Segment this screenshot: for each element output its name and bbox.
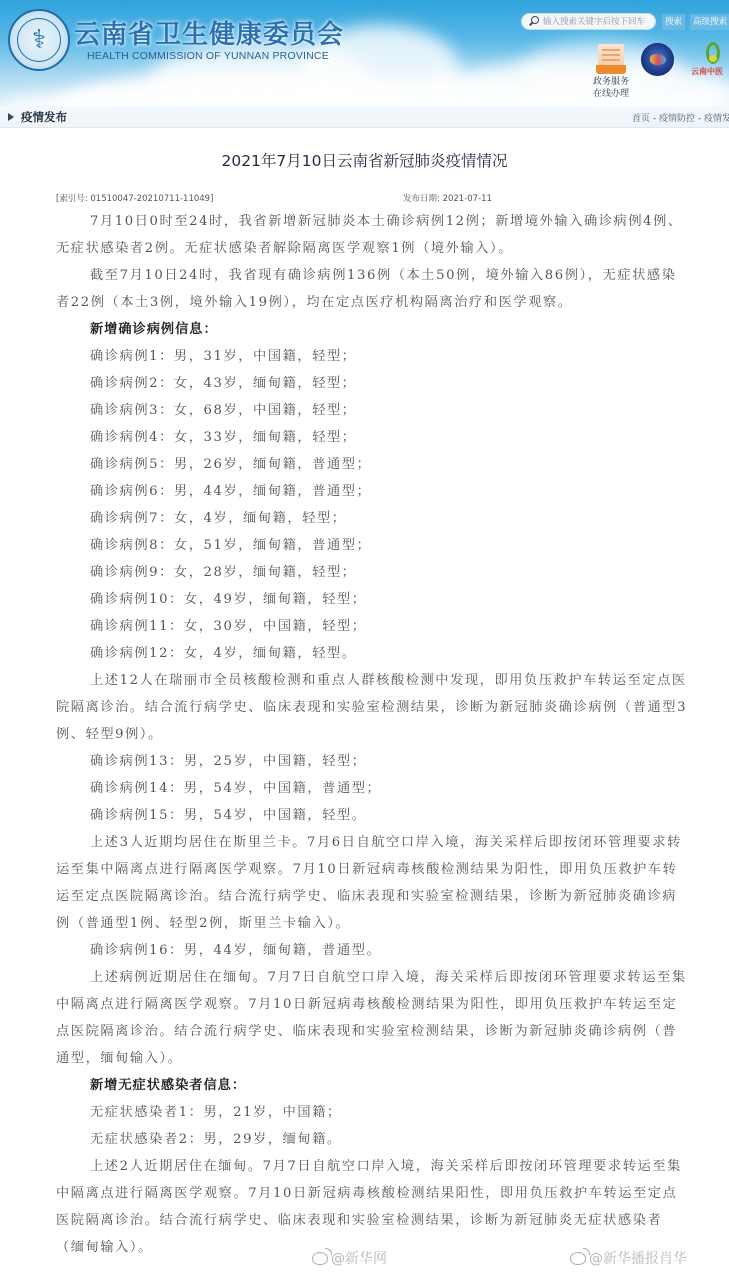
caduceus-icon: ⚕ (17, 18, 61, 62)
case-item: 确诊病例14：男，54岁，中国籍，普通型； (56, 775, 688, 802)
paragraph-ruili-cases: 上述12人在瑞丽市全员核酸检测和重点人群核酸检测中发现，即用负压救护车转运至定点… (56, 667, 688, 748)
case-item: 确诊病例5：男，26岁，缅甸籍，普通型； (56, 451, 688, 478)
service-label-line1: 政务服务 (588, 76, 634, 88)
health-commission-emblem-logo[interactable]: ⚕ (8, 9, 70, 71)
triangle-right-icon (8, 113, 14, 121)
service-inbox-icon (598, 44, 624, 70)
paragraph-asymptomatic-details: 上述2人近期居住在缅甸。7月7日自航空口岸入境，海关采样后即按闭环管理要求转运至… (56, 1153, 688, 1261)
online-service-link[interactable]: 政务服务 在线办理 (588, 44, 634, 100)
partner-circle-logo-icon[interactable] (641, 43, 674, 76)
case-item: 确诊病例9：女，28岁，缅甸籍，轻型； (56, 559, 688, 586)
case-item: 确诊病例16：男，44岁，缅甸籍，普通型。 (56, 937, 688, 964)
search-icon (528, 16, 539, 27)
watermark-xinhua: @新华网 (312, 1248, 387, 1268)
heading-new-confirmed: 新增确诊病例信息： (56, 316, 688, 343)
watermark-text: @新华播报肖华 (589, 1248, 687, 1268)
yunnan-tcm-logo-text: 云南中医 (691, 66, 723, 77)
search-button[interactable]: 搜索 (662, 14, 685, 30)
watermark-text: @新华网 (331, 1248, 387, 1268)
case-item: 确诊病例10：女，49岁，缅甸籍，轻型； (56, 586, 688, 613)
paragraph-srilanka-cases: 上述3人近期均居住在斯里兰卡。7月6日自航空口岸入境，海关采样后即按闭环管理要求… (56, 829, 688, 937)
weibo-icon (570, 1252, 586, 1265)
case-item: 确诊病例1：男，31岁，中国籍，轻型； (56, 343, 688, 370)
paragraph-daily-summary: 7月10日0时至24时，我省新增新冠肺炎本土确诊病例12例；新增境外输入确诊病例… (56, 208, 688, 262)
case-item: 确诊病例6：男，44岁，缅甸籍，普通型； (56, 478, 688, 505)
logo-dot (709, 55, 717, 62)
case-item: 确诊病例12：女，4岁，缅甸籍，轻型。 (56, 640, 688, 667)
paragraph-myanmar-case: 上述病例近期居住在缅甸。7月7日自航空口岸入境，海关采样后即按闭环管理要求转运至… (56, 964, 688, 1072)
asymptomatic-item: 无症状感染者1：男，21岁，中国籍； (56, 1099, 688, 1126)
case-item: 确诊病例2：女，43岁，缅甸籍，轻型； (56, 370, 688, 397)
case-item: 确诊病例4：女，33岁，缅甸籍，轻型； (56, 424, 688, 451)
advanced-search-button[interactable]: 高级搜索 (690, 14, 729, 30)
site-header-banner: ⚕ 云南省卫生健康委员会 HEALTH COMMISSION OF YUNNAN… (0, 0, 729, 106)
case-item: 确诊病例3：女，68岁，中国籍，轻型； (56, 397, 688, 424)
index-number: [索引号: 01510047-20210711-11049] (56, 192, 213, 204)
search-input[interactable] (543, 14, 655, 29)
paragraph-cumulative: 截至7月10日24时，我省现有确诊病例136例（本土50例，境外输入86例），无… (56, 262, 688, 316)
publish-date: 发布日期: 2021-07-11 (403, 192, 492, 204)
watermark-xinhua-reporter: @新华播报肖华 (570, 1248, 687, 1268)
search-box[interactable] (521, 13, 656, 30)
case-item: 确诊病例11：女，30岁，中国籍，轻型； (56, 613, 688, 640)
case-item: 确诊病例8：女，51岁，缅甸籍，普通型； (56, 532, 688, 559)
yunnan-tcm-logo[interactable]: 云南中医 (693, 42, 729, 78)
weibo-icon (312, 1252, 328, 1265)
site-title[interactable]: 云南省卫生健康委员会 (74, 14, 344, 51)
site-subtitle: HEALTH COMMISSION OF YUNNAN PROVINCE (87, 50, 329, 62)
section-title: 疫情发布 (21, 109, 67, 125)
asymptomatic-item: 无症状感染者2：男，29岁，缅甸籍。 (56, 1126, 688, 1153)
article-body: 7月10日0时至24时，我省新增新冠肺炎本土确诊病例12例；新增境外输入确诊病例… (56, 208, 688, 1261)
case-item: 确诊病例15：男，54岁，中国籍，轻型。 (56, 802, 688, 829)
heading-new-asymptomatic: 新增无症状感染者信息： (56, 1072, 688, 1099)
section-bar: 疫情发布 首页 - 疫情防控 - 疫情发布 (0, 106, 729, 128)
service-label-line2: 在线办理 (588, 88, 634, 100)
article-title: 2021年7月10日云南省新冠肺炎疫情情况 (0, 149, 729, 171)
breadcrumb[interactable]: 首页 - 疫情防控 - 疫情发布 (632, 111, 729, 124)
case-item: 确诊病例13：男，25岁，中国籍，轻型； (56, 748, 688, 775)
case-item: 确诊病例7：女，4岁，缅甸籍，轻型； (56, 505, 688, 532)
